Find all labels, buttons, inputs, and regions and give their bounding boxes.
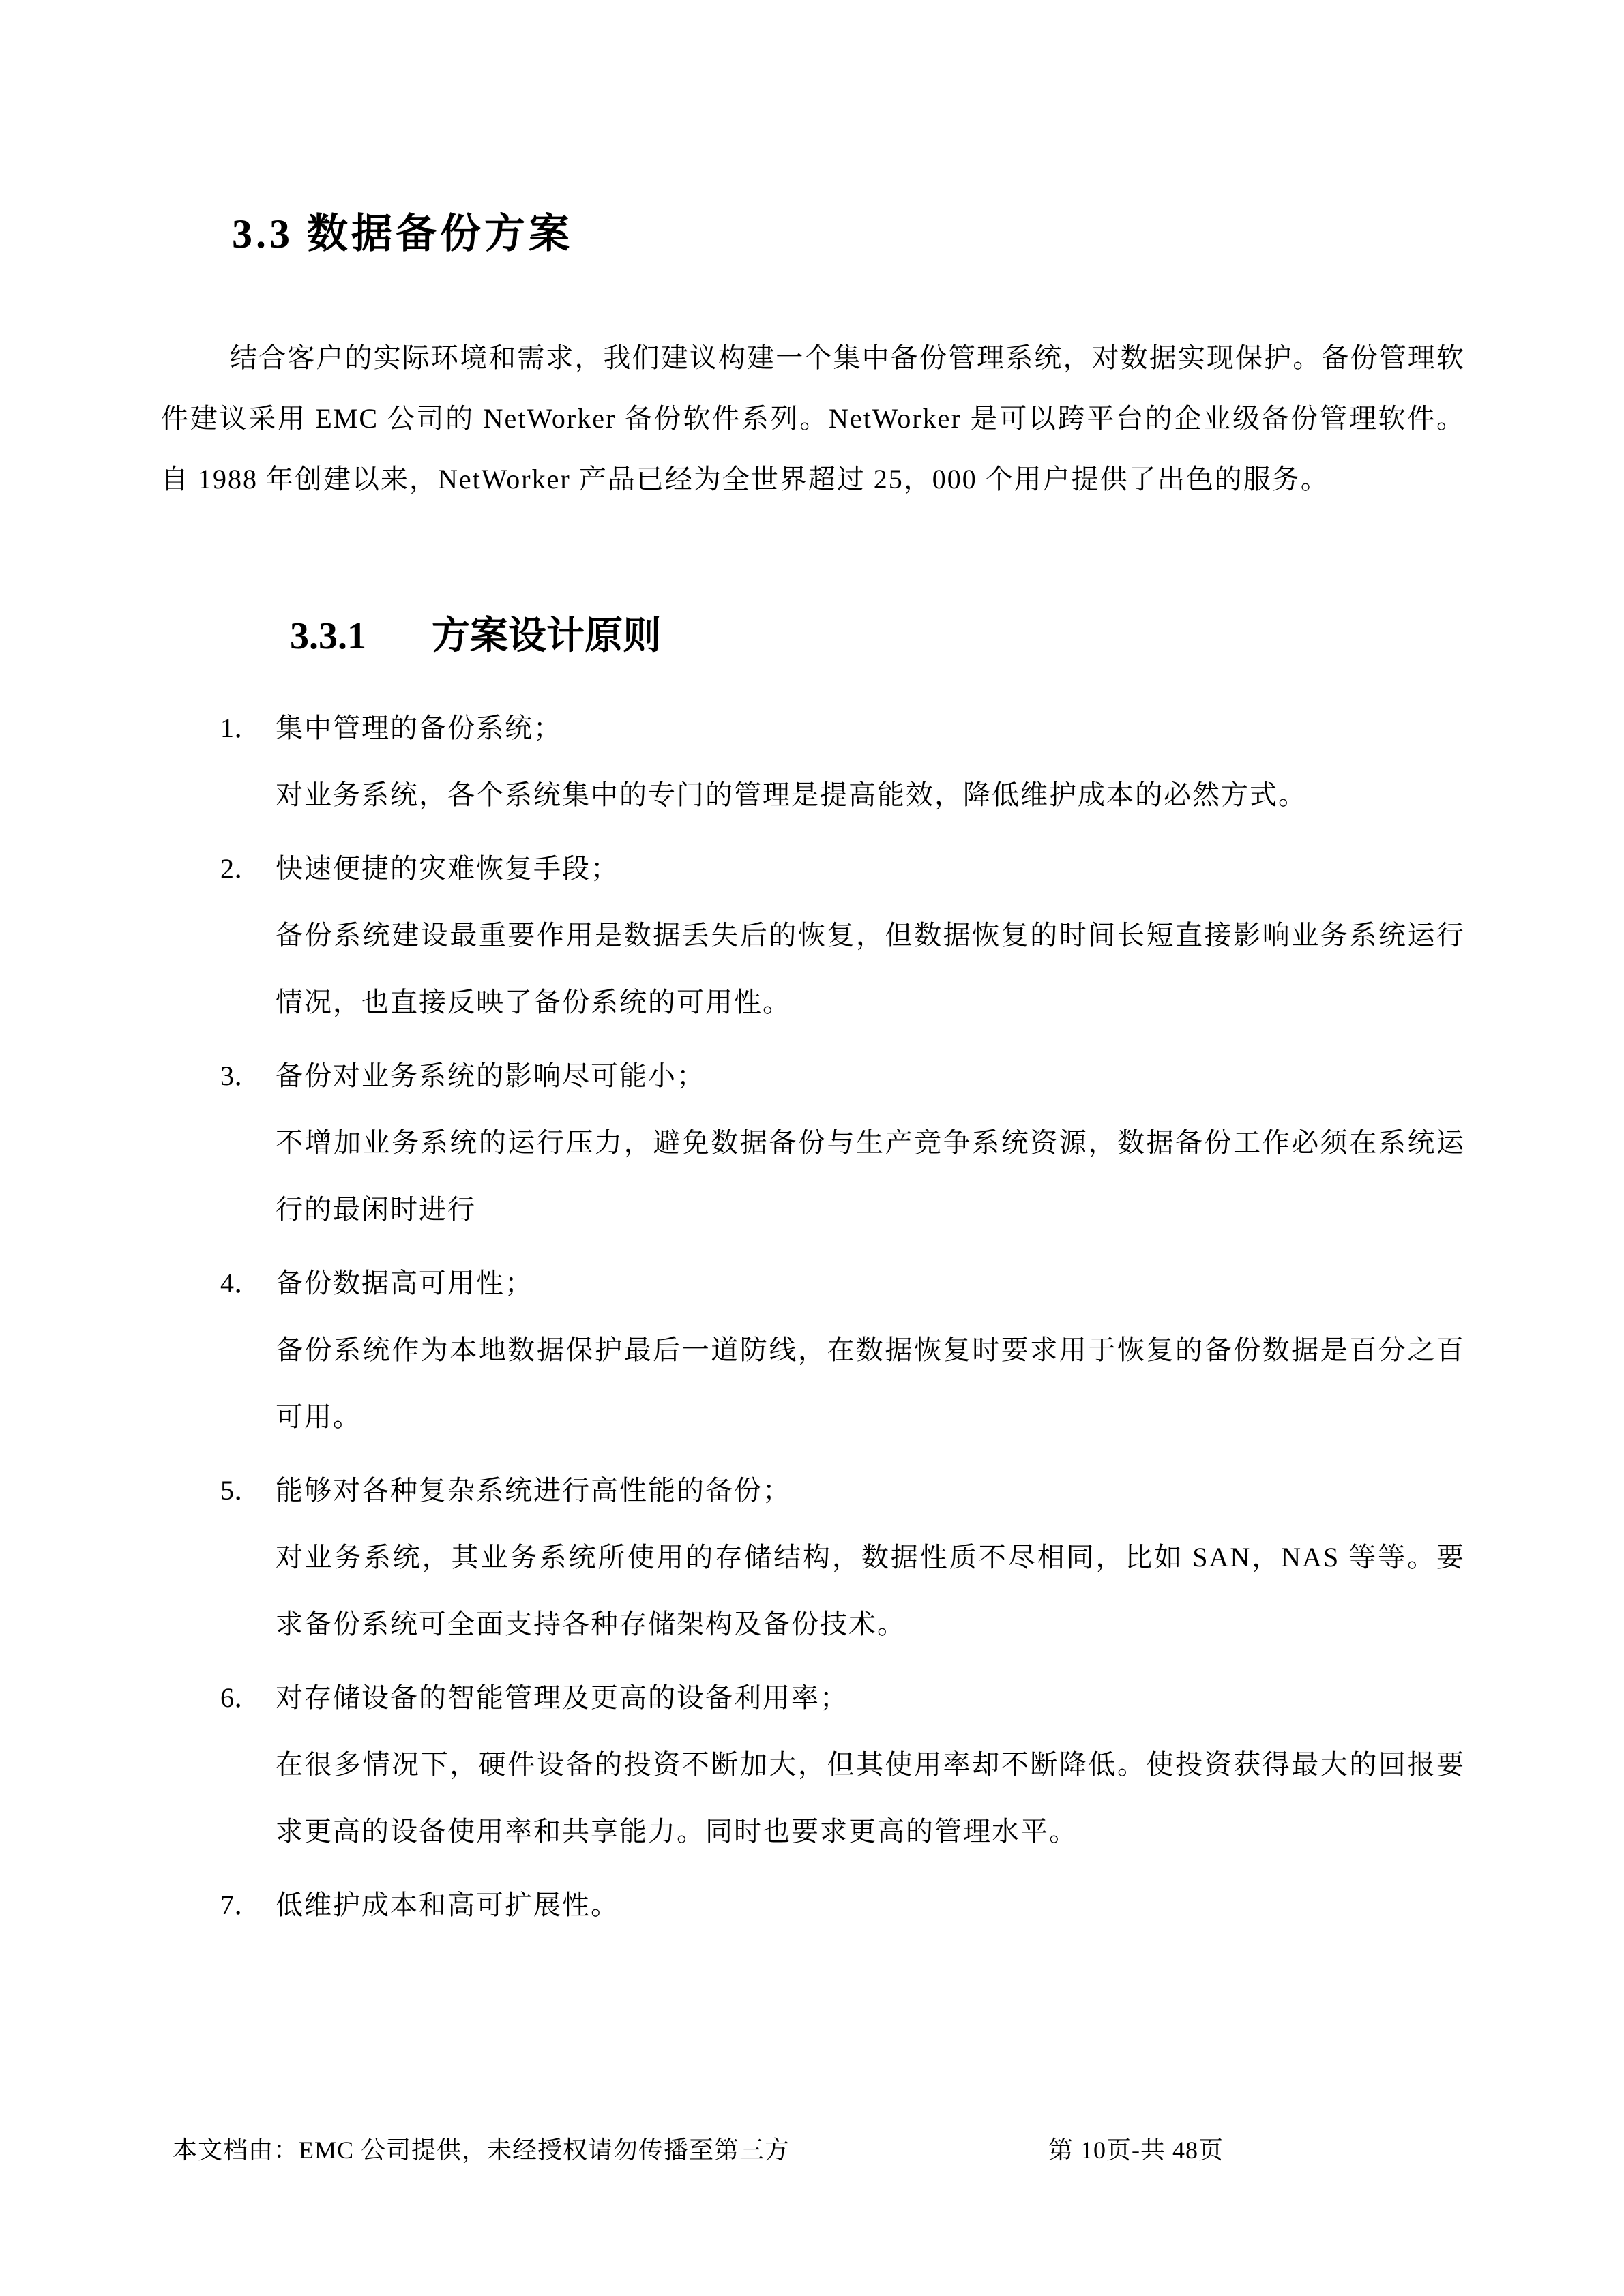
list-item-number: 4．: [220, 1250, 261, 1317]
list-item-body: 不增加业务系统的运行压力，避免数据备份与生产竞争系统资源，数据备份工作必须在系统…: [276, 1109, 1465, 1243]
list-item-number: 6．: [220, 1665, 261, 1731]
list-item-body: 对业务系统，各个系统集中的专门的管理是提高能效，降低维护成本的必然方式。: [276, 762, 1465, 829]
section-title: 3.3 数据备份方案: [232, 211, 1465, 256]
list-item-number: 2．: [220, 835, 261, 902]
list-item-head: 6．对存储设备的智能管理及更高的设备利用率；: [161, 1665, 1465, 1731]
subsection-number: 3.3.1: [290, 615, 366, 657]
list-item-title: 备份数据高可用性；: [276, 1268, 533, 1298]
list-item: 2．快速便捷的灾难恢复手段； 备份系统建设最重要作用是数据丢失后的恢复，但数据恢…: [161, 835, 1465, 1036]
list-item-number: 1．: [220, 695, 261, 762]
list-item-title: 低维护成本和高可扩展性。: [276, 1890, 619, 1920]
list-item-number: 3．: [220, 1043, 261, 1109]
list-item-number: 7．: [220, 1872, 261, 1939]
list-item: 4．备份数据高可用性； 备份系统作为本地数据保护最后一道防线，在数据恢复时要求用…: [161, 1250, 1465, 1450]
list-item-head: 2．快速便捷的灾难恢复手段；: [161, 835, 1465, 902]
list-item-body: 对业务系统，其业务系统所使用的存储结构，数据性质不尽相同，比如 SAN，NAS …: [276, 1524, 1465, 1658]
list-item-body: 在很多情况下，硬件设备的投资不断加大，但其使用率却不断降低。使投资获得最大的回报…: [276, 1731, 1465, 1865]
subsection-title: 方案设计原则: [432, 615, 661, 657]
list-item-title: 快速便捷的灾难恢复手段；: [276, 853, 619, 884]
principles-list: 1．集中管理的备份系统； 对业务系统，各个系统集中的专门的管理是提高能效，降低维…: [161, 695, 1465, 1939]
list-item-title: 对存储设备的智能管理及更高的设备利用率；: [276, 1682, 848, 1713]
list-item-head: 1．集中管理的备份系统；: [161, 695, 1465, 762]
list-item-number: 5．: [220, 1457, 261, 1524]
list-item-title: 集中管理的备份系统；: [276, 713, 562, 743]
list-item-head: 3．备份对业务系统的影响尽可能小；: [161, 1043, 1465, 1109]
list-item: 7．低维护成本和高可扩展性。: [161, 1872, 1465, 1939]
list-item-title: 备份对业务系统的影响尽可能小；: [276, 1060, 705, 1091]
list-item: 6．对存储设备的智能管理及更高的设备利用率； 在很多情况下，硬件设备的投资不断加…: [161, 1665, 1465, 1865]
list-item-title: 能够对各种复杂系统进行高性能的备份；: [276, 1475, 791, 1506]
document-page: { "doc": { "title": "3.3 数据备份方案", "intro…: [0, 0, 1624, 2296]
list-item: 5．能够对各种复杂系统进行高性能的备份； 对业务系统，其业务系统所使用的存储结构…: [161, 1457, 1465, 1658]
list-item-body: 备份系统作为本地数据保护最后一道防线，在数据恢复时要求用于恢复的备份数据是百分之…: [276, 1317, 1465, 1450]
list-item-body: 备份系统建设最重要作用是数据丢失后的恢复，但数据恢复的时间长短直接影响业务系统运…: [276, 902, 1465, 1036]
footer-page-number: 第 10页-共 48页: [1048, 2133, 1224, 2167]
list-item-head: 4．备份数据高可用性；: [161, 1250, 1465, 1317]
subsection-heading: 3.3.1方案设计原则: [290, 609, 1465, 664]
list-item-head: 5．能够对各种复杂系统进行高性能的备份；: [161, 1457, 1465, 1524]
list-item-head: 7．低维护成本和高可扩展性。: [161, 1872, 1465, 1939]
intro-paragraph: 结合客户的实际环境和需求，我们建议构建一个集中备份管理系统，对数据实现保护。备份…: [161, 327, 1465, 509]
page-content: 3.3 数据备份方案 结合客户的实际环境和需求，我们建议构建一个集中备份管理系统…: [161, 0, 1465, 1939]
list-item: 3．备份对业务系统的影响尽可能小； 不增加业务系统的运行压力，避免数据备份与生产…: [161, 1043, 1465, 1243]
list-item: 1．集中管理的备份系统； 对业务系统，各个系统集中的专门的管理是提高能效，降低维…: [161, 695, 1465, 829]
footer-disclaimer: 本文档由：EMC 公司提供，未经授权请勿传播至第三方: [173, 2133, 790, 2167]
